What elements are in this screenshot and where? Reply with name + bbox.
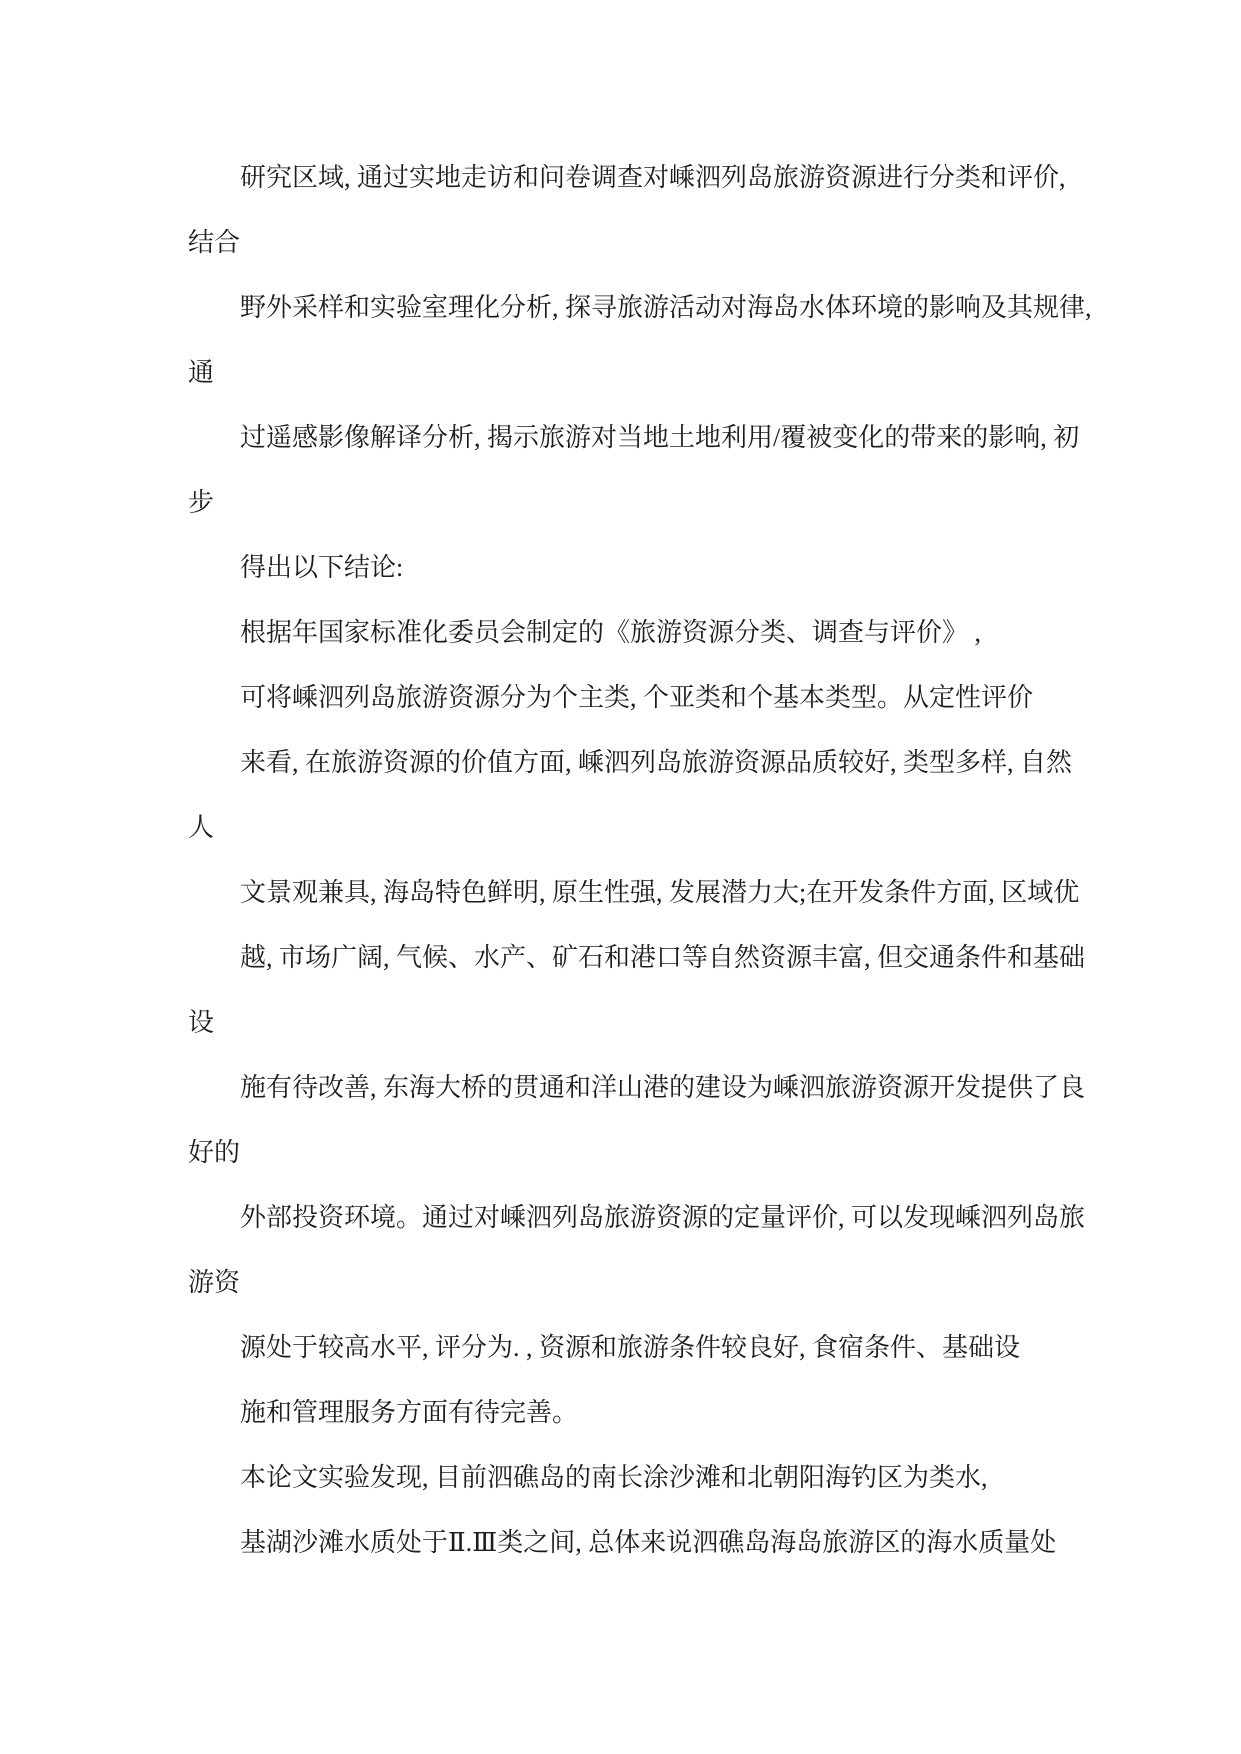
text-line: 野外采样和实验室理化分析, 探寻旅游活动对海岛水体环境的影响及其规律, [188,275,1181,340]
text-line: 研究区域, 通过实地走访和问卷调查对嵊泗列岛旅游资源进行分类和评价, [188,145,1181,210]
text-line: 得出以下结论: [188,535,1181,600]
text-line: 外部投资环境。通过对嵊泗列岛旅游资源的定量评价, 可以发现嵊泗列岛旅 [188,1185,1181,1250]
text-line: 源处于较高水平, 评分为. , 资源和旅游条件较良好, 食宿条件、基础设 [188,1315,1181,1380]
text-line: 根据年国家标准化委员会制定的《旅游资源分类、调查与评价》 , [188,600,1181,665]
abstract-text-block: 研究区域, 通过实地走访和问卷调查对嵊泗列岛旅游资源进行分类和评价,结合野外采样… [188,145,1181,1575]
text-line: 设 [188,990,1181,1055]
text-line: 步 [188,470,1181,535]
text-line: 人 [188,795,1181,860]
text-line: 游资 [188,1250,1181,1315]
text-line: 施有待改善, 东海大桥的贯通和洋山港的建设为嵊泗旅游资源开发提供了良 [188,1055,1181,1120]
document-page: 研究区域, 通过实地走访和问卷调查对嵊泗列岛旅游资源进行分类和评价,结合野外采样… [0,0,1241,1754]
text-line: 结合 [188,210,1181,275]
text-line: 好的 [188,1120,1181,1185]
text-line: 来看, 在旅游资源的价值方面, 嵊泗列岛旅游资源品质较好, 类型多样, 自然 [188,730,1181,795]
text-line: 施和管理服务方面有待完善。 [188,1380,1181,1445]
text-line: 越, 市场广阔, 气候、水产、矿石和港口等自然资源丰富, 但交通条件和基础 [188,925,1181,990]
text-line: 文景观兼具, 海岛特色鲜明, 原生性强, 发展潜力大;在开发条件方面, 区域优 [188,860,1181,925]
text-line: 通 [188,340,1181,405]
text-line: 基湖沙滩水质处于Ⅱ.Ⅲ类之间, 总体来说泗礁岛海岛旅游区的海水质量处 [188,1510,1181,1575]
text-line: 本论文实验发现, 目前泗礁岛的南长涂沙滩和北朝阳海钓区为类水, [188,1445,1181,1510]
text-line: 过遥感影像解译分析, 揭示旅游对当地土地利用/覆被变化的带来的影响, 初 [188,405,1181,470]
text-line: 可将嵊泗列岛旅游资源分为个主类, 个亚类和个基本类型。从定性评价 [188,665,1181,730]
